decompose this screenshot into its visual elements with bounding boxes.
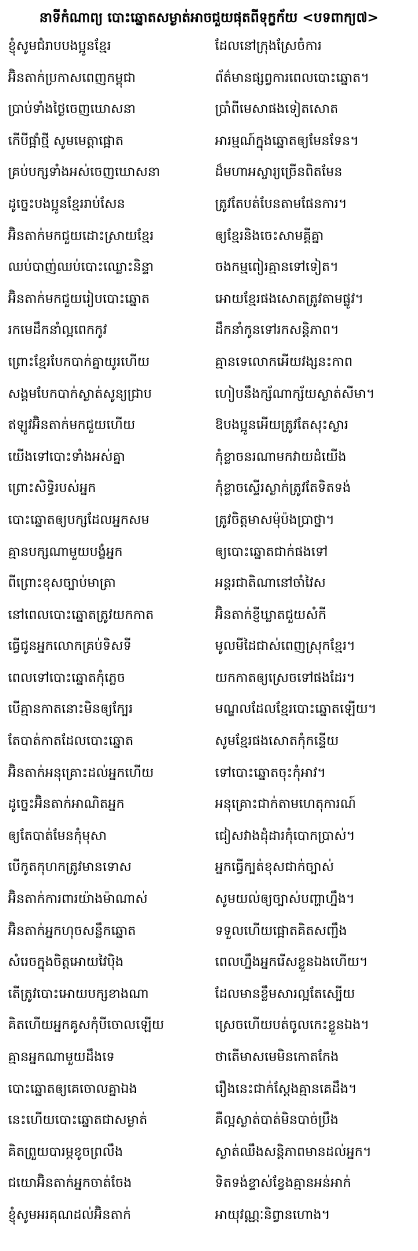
verse-row: អ៊ិនតាក់អ្នកហុចសន្លឹកឆ្នោតទទួលហើយផ្អោតគិ… — [0, 921, 418, 953]
verse-left-line: ឈប់បាញ់ឈប់បោះឈ្លោះនិន្ទា — [0, 257, 215, 279]
verse-left-line: អ៊ិនតាក់មកជួយដោះស្រាយខ្មែរ — [0, 226, 215, 248]
verse-right-line: គឺល្អស្ងាត់បាត់មិនបាច់ប្រឹង — [215, 1110, 418, 1132]
verse-right-line: ស្ងាត់ឈឹងសន្តិភាពមានដល់អ្នក។ — [215, 1142, 418, 1164]
verse-right-line: ថាតើមាសមេមិនកោតកែង — [215, 1047, 418, 1069]
verse-row: សំរេចក្នុងចិត្តអោយវៃប៉ិងពេលហ្នឹងអ្នករើសខ… — [0, 952, 418, 984]
verse-right-line: ហៀបនឹងក្ស័ណាក្ស័យស្ងាត់សីមា។ — [215, 384, 418, 406]
page-title: នាទីកំណាព្យ បោះឆ្នោតសម្ងាត់អាចជួយផុតពីទុ… — [0, 0, 418, 29]
verse-row: កើបីផ្អាំថ្មី សូមមេត្តាផ្អោតអារម្មណ៍ក្នុ… — [0, 131, 418, 163]
verse-right-line: អាយុវណ្ណៈនិព្វានហោង។ — [215, 1205, 418, 1227]
document-page: នាទីកំណាព្យ បោះឆ្នោតសម្ងាត់អាចជួយផុតពីទុ… — [0, 0, 418, 1251]
verse-row: ដូច្នេះអ៊ិនតាក់អាណិតអ្នកអនុគ្រោះជាក់តាមហ… — [0, 794, 418, 826]
verse-left-line: ឥឡូវអ៊ិនតាក់មកជួយហើយ — [0, 415, 215, 437]
verse-right-line: ឲ្យបោះឆ្នោតជាក់ផងទៅ — [215, 542, 418, 564]
verse-left-line: ឲ្យតែបាត់មែនកុំមុសា — [0, 826, 215, 848]
verse-row: គ្រប់បក្សទាំងអស់ចេញឃោសនាដ៏មហាអស្ចារ្យច្រ… — [0, 162, 418, 194]
verse-right-line: រឿងនេះជាក់ស្ដែងគ្មានគេដឹង។ — [215, 1079, 418, 1101]
verse-right-line: ជៀសវាងដុំដារកុំបោកប្រាស់។ — [215, 826, 418, 848]
verse-right-line: ដឹកនាំកូនទៅរកសន្តិភាព។ — [215, 320, 418, 342]
verse-row: ឥឡូវអ៊ិនតាក់មកជួយហើយឱបងប្អូនអើយត្រូវតែសុ… — [0, 415, 418, 447]
verse-left-line: តើត្រូវបោះអោយបក្សខាងណា — [0, 984, 215, 1006]
verse-row: ឲ្យតែបាត់មែនកុំមុសាជៀសវាងដុំដារកុំបោកប្រ… — [0, 826, 418, 858]
verse-list: ខ្ញុំសូមជំរាបបងប្អូនខ្មែរដែលនៅក្រុងស្រែច… — [0, 36, 418, 1237]
verse-left-line: បោះឆ្នោតឲ្យគេចោលគ្នាឯង — [0, 1079, 215, 1101]
verse-row: បោះឆ្នោតឲ្យគេចោលគ្នាឯងរឿងនេះជាក់ស្ដែងគ្ម… — [0, 1079, 418, 1111]
verse-left-line: យើងទៅបោះទាំងអស់គ្នា — [0, 447, 215, 469]
verse-right-line: ទទួលហើយផ្អោតគិតសញ្ជឹង — [215, 921, 418, 943]
verse-row: អ៊ិនតាក់មកជួយរៀបបោះឆ្នោតអោយខ្មែរផងសោតត្រ… — [0, 289, 418, 321]
verse-left-line: គ្មានអ្នកណាមួយដឹងទេ — [0, 1047, 215, 1069]
verse-row: តែបាត់កាតដែលបោះឆ្នោតសូមខ្មែរផងសោតកុំកន្ទ… — [0, 731, 418, 763]
verse-right-line: ពេលហ្នឹងអ្នករើសខ្លួនឯងហើយ។ — [215, 952, 418, 974]
verse-left-line: នៅពេលបោះឆ្នោតត្រូវយកកាត — [0, 605, 215, 627]
verse-row: នៅពេលបោះឆ្នោតត្រូវយកកាតអ៊ិនតាក់ខ្ញីឃ្លាត… — [0, 605, 418, 637]
verse-right-line: យកកាតឲ្យស្រេចទៅផងដែរ។ — [215, 668, 418, 690]
verse-left-line: ដូច្នេះអ៊ិនតាក់អាណិតអ្នក — [0, 794, 215, 816]
verse-row: នេះហើយបោះឆ្នោតជាសម្ងាត់គឺល្អស្ងាត់បាត់មិ… — [0, 1110, 418, 1142]
verse-row: បើកូតកុហកត្រូវមានទោសអ្នកធ្វើក្បត់ខុសជាក់… — [0, 857, 418, 889]
verse-row: រកមេដឹកនាំល្អពេកកូវដឹកនាំកូនទៅរកសន្តិភាព… — [0, 320, 418, 352]
verse-right-line: ចងកម្មពៀរគ្មានទៅទៀត។ — [215, 257, 418, 279]
verse-row: ខ្ញុំសូមជំរាបបងប្អូនខ្មែរដែលនៅក្រុងស្រែច… — [0, 36, 418, 68]
verse-row: អ៊ិនតាក់ការពារយ៉ាងម៉ាណាស់សូមយល់ឲ្យច្បាស់… — [0, 889, 418, 921]
verse-right-line: អារម្មណ៍ក្នុងឆ្នោតឲ្យមែនទែន។ — [215, 131, 418, 153]
verse-left-line: គ្រប់បក្សទាំងអស់ចេញឃោសនា — [0, 162, 215, 184]
verse-left-line: អ៊ិនតាក់អ្នកហុចសន្លឹកឆ្នោត — [0, 921, 215, 943]
verse-right-line: សូមយល់ឲ្យច្បាស់បញ្ហាហ្នឹង។ — [215, 889, 418, 911]
verse-row: ធ្វើជូនអ្នកលោកគ្រប់ទិសទីមូលមីដៃជាស់ពេញស្… — [0, 636, 418, 668]
verse-left-line: គិតព្រួយបារម្ភខូចព្រលឹង — [0, 1142, 215, 1164]
verse-row: បើគ្មានកាតនោះមិនឲ្យក្បែរមណ្ឌលដែលខ្មែរបោះ… — [0, 699, 418, 731]
verse-row: តើត្រូវបោះអោយបក្សខាងណាដែលមានខ្លឹមសារល្អត… — [0, 984, 418, 1016]
verse-right-line: ត្រូវចិត្តមាសម៉ុប៉ងប្រាថ្នា។ — [215, 510, 418, 532]
verse-right-line: មូលមីដៃជាស់ពេញស្រុកខ្មែរ។ — [215, 636, 418, 658]
verse-left-line: តែបាត់កាតដែលបោះឆ្នោត — [0, 731, 215, 753]
verse-right-line: ដែលនៅក្រុងស្រែចំការ — [215, 36, 418, 58]
verse-right-line: កុំខ្លាចស្ទើរស្ងាក់ត្រូវតែទិតទង់ — [215, 478, 418, 500]
verse-left-line: ប្រាប់ទាំងថ្ងៃចេញឃោសនា — [0, 99, 215, 121]
verse-left-line: បើកូតកុហកត្រូវមានទោស — [0, 857, 215, 879]
verse-right-line: ដែលមានខ្លឹមសារល្អតែស្បើយ — [215, 984, 418, 1006]
verse-left-line: បើគ្មានកាតនោះមិនឲ្យក្បែរ — [0, 699, 215, 721]
verse-row: អ៊ិនតាក់មកជួយដោះស្រាយខ្មែរឲ្យខ្មែរនិងចេះ… — [0, 226, 418, 258]
verse-row: ដូច្នេះបងប្អូនខ្មែររាប់សែនត្រូវតែបត់បែនត… — [0, 194, 418, 226]
verse-left-line: ជយោអ៊ិនតាក់អ្នកចាត់ចែង — [0, 1173, 215, 1195]
verse-left-line: ខ្ញុំសូមអរគុណដល់អ៊ិនតាក់ — [0, 1205, 215, 1227]
verse-right-line: អន្តរជាតិណានៅចាំវៃស — [215, 573, 418, 595]
verse-row: ព្រោះខ្មែរបែកបាក់គ្នាយូរហើយគ្មានទេលោកអើយ… — [0, 352, 418, 384]
verse-left-line: គិតហើយអ្នកគូសកុំបីចោលឡើយ — [0, 1015, 215, 1037]
verse-right-line: អ៊ិនតាក់ខ្ញីឃ្លាតជួយសំកី — [215, 605, 418, 627]
verse-left-line: ពេលទៅបោះឆ្នោតកុំភ្លេច — [0, 668, 215, 690]
verse-left-line: បោះឆ្នោតឲ្យបក្សដែលអ្នកសម — [0, 510, 215, 532]
verse-right-line: ឱបងប្អូនអើយត្រូវតែសុះស្ងារ — [215, 415, 418, 437]
verse-right-line: ដ៏មហាអស្ចារ្យច្រើនពិតមែន — [215, 162, 418, 184]
verse-left-line: នេះហើយបោះឆ្នោតជាសម្ងាត់ — [0, 1110, 215, 1132]
verse-left-line: អ៊ិនតាក់ការពារយ៉ាងម៉ាណាស់ — [0, 889, 215, 911]
verse-left-line: រកមេដឹកនាំល្អពេកកូវ — [0, 320, 215, 342]
verse-row: ពីព្រោះខុសច្បាប់មាត្រាអន្តរជាតិណានៅចាំវៃ… — [0, 573, 418, 605]
verse-row: គ្មានបក្សណាមួយបង្ខំអ្នកឲ្យបោះឆ្នោតជាក់ផង… — [0, 542, 418, 574]
verse-left-line: អ៊ិនតាក់អនុគ្រោះដល់អ្នកហើយ — [0, 763, 215, 785]
verse-row: គិតព្រួយបារម្ភខូចព្រលឹងស្ងាត់ឈឹងសន្តិភាព… — [0, 1142, 418, 1174]
verse-right-line: ស្រេចហើយបត់ចូលកេះខ្លួនឯង។ — [215, 1015, 418, 1037]
verse-right-line: ទៅបោះឆ្នោតចុះកុំអាវ។ — [215, 763, 418, 785]
verse-left-line: ពីព្រោះខុសច្បាប់មាត្រា — [0, 573, 215, 595]
verse-left-line: សំរេចក្នុងចិត្តអោយវៃប៉ិង — [0, 952, 215, 974]
verse-row: ជយោអ៊ិនតាក់អ្នកចាត់ចែងទិតទង់ខ្ទាស់ខ្វែងគ… — [0, 1173, 418, 1205]
verse-left-line: គ្មានបក្សណាមួយបង្ខំអ្នក — [0, 542, 215, 564]
verse-right-line: មណ្ឌលដែលខ្មែរបោះឆ្នោតឡើយ។ — [215, 699, 418, 721]
verse-row: ខ្ញុំសូមអរគុណដល់អ៊ិនតាក់អាយុវណ្ណៈនិព្វាន… — [0, 1205, 418, 1237]
verse-right-line: ឲ្យខ្មែរនិងចេះសាមគ្គីគ្នា — [215, 226, 418, 248]
verse-left-line: ព្រោះសិទ្ធិរបស់អ្នក — [0, 478, 215, 500]
verse-right-line: ទិតទង់ខ្ទាស់ខ្វែងគ្មានអន់អាក់ — [215, 1173, 418, 1195]
verse-row: សង្គមបែកបាក់ស្ងាត់សូន្យជ្រាបហៀបនឹងក្ស័ណា… — [0, 384, 418, 416]
verse-row: ពេលទៅបោះឆ្នោតកុំភ្លេចយកកាតឲ្យស្រេចទៅផងដែ… — [0, 668, 418, 700]
verse-left-line: កើបីផ្អាំថ្មី សូមមេត្តាផ្អោត — [0, 131, 215, 153]
verse-row: គិតហើយអ្នកគូសកុំបីចោលឡើយស្រេចហើយបត់ចូលកេ… — [0, 1015, 418, 1047]
verse-left-line: ធ្វើជូនអ្នកលោកគ្រប់ទិសទី — [0, 636, 215, 658]
verse-row: ឈប់បាញ់ឈប់បោះឈ្លោះនិន្ទាចងកម្មពៀរគ្មានទៅ… — [0, 257, 418, 289]
verse-right-line: អ្នកធ្វើក្បត់ខុសជាក់ច្បាស់ — [215, 857, 418, 879]
verse-row: ព្រោះសិទ្ធិរបស់អ្នកកុំខ្លាចស្ទើរស្ងាក់ត្… — [0, 478, 418, 510]
verse-left-line: អ៊ិនតាក់មកជួយរៀបបោះឆ្នោត — [0, 289, 215, 311]
verse-right-line: ព័ត៌មានផ្សព្វការពេលបោះឆ្នោត។ — [215, 68, 418, 90]
verse-left-line: សង្គមបែកបាក់ស្ងាត់សូន្យជ្រាប — [0, 384, 215, 406]
verse-right-line: ត្រូវតែបត់បែនតាមផែនការ។ — [215, 194, 418, 216]
verse-row: បោះឆ្នោតឲ្យបក្សដែលអ្នកសមត្រូវចិត្តមាសម៉ុ… — [0, 510, 418, 542]
verse-row: យើងទៅបោះទាំងអស់គ្នាកុំខ្លាចនរណាមកវាយដំយើ… — [0, 447, 418, 479]
verse-right-line: កុំខ្លាចនរណាមកវាយដំយើង — [215, 447, 418, 469]
verse-left-line: អ៊ិនតាក់ប្រកាសពេញកម្ពុជា — [0, 68, 215, 90]
verse-right-line: សូមខ្មែរផងសោតកុំកន្ទើយ — [215, 731, 418, 753]
verse-row: គ្មានអ្នកណាមួយដឹងទេថាតើមាសមេមិនកោតកែង — [0, 1047, 418, 1079]
verse-row: ប្រាប់ទាំងថ្ងៃចេញឃោសនាប្រាំពីមេសាផងទៀតសោ… — [0, 99, 418, 131]
verse-left-line: ដូច្នេះបងប្អូនខ្មែររាប់សែន — [0, 194, 215, 216]
verse-right-line: អនុគ្រោះជាក់តាមហេតុការណ៍ — [215, 794, 418, 816]
verse-row: អ៊ិនតាក់ប្រកាសពេញកម្ពុជាព័ត៌មានផ្សព្វការ… — [0, 68, 418, 100]
verse-row: អ៊ិនតាក់អនុគ្រោះដល់អ្នកហើយទៅបោះឆ្នោតចុះក… — [0, 763, 418, 795]
verse-left-line: ខ្ញុំសូមជំរាបបងប្អូនខ្មែរ — [0, 36, 215, 58]
verse-right-line: គ្មានទេលោកអើយវង្សនះកាព — [215, 352, 418, 374]
verse-left-line: ព្រោះខ្មែរបែកបាក់គ្នាយូរហើយ — [0, 352, 215, 374]
verse-right-line: អោយខ្មែរផងសោតត្រូវតាមផ្លូវ។ — [215, 289, 418, 311]
verse-right-line: ប្រាំពីមេសាផងទៀតសោត — [215, 99, 418, 121]
